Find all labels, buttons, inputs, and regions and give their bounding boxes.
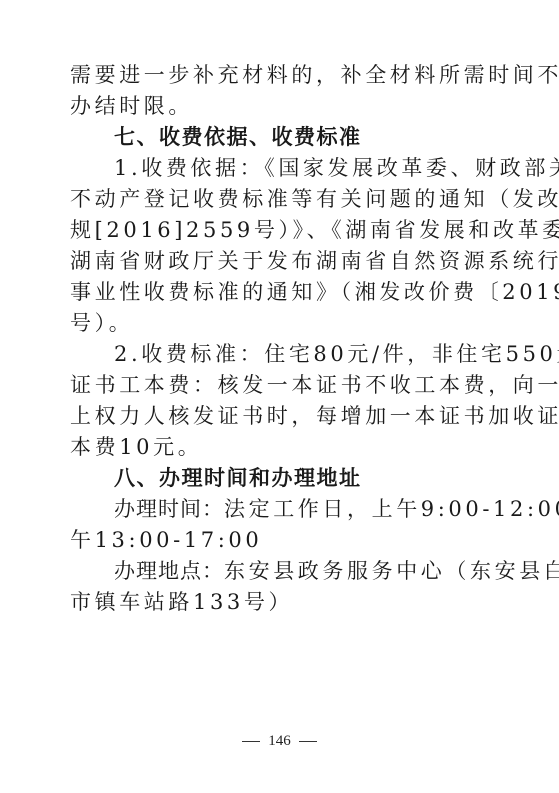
dash-left: [242, 741, 260, 742]
hours-value: 法定工作日，上午9:00-12:00，下: [224, 497, 559, 521]
page-footer: 146: [0, 733, 559, 750]
dash-right: [299, 741, 317, 742]
paragraph-line: 办结时限。: [70, 91, 502, 122]
paragraph-line: 需要进一步补充材料的，补全材料所需时间不计入: [70, 60, 502, 91]
page-number: 146: [268, 733, 291, 749]
paragraph-line: 号）。: [70, 308, 502, 339]
paragraph-line: 证书工本费：核发一本证书不收工本费，向一个以: [70, 370, 502, 401]
paragraph-line: 午13:00-17:00: [70, 525, 502, 556]
location-label: 办理地点：: [114, 559, 224, 583]
paragraph-line: 湖南省财政厅关于发布湖南省自然资源系统行政: [70, 246, 502, 277]
document-body: 需要进一步补充材料的，补全材料所需时间不计入 办结时限。 七、收费依据、收费标准…: [70, 60, 502, 618]
paragraph-line: 2.收费标准：住宅80元/件，非住宅550元/件。: [70, 339, 502, 370]
section-heading-fees: 七、收费依据、收费标准: [70, 122, 502, 153]
hours-label: 办理时间：: [114, 497, 224, 521]
location-value: 东安县政务服务中心（东安县白牙: [224, 559, 559, 583]
paragraph-line: 事业性收费标准的通知》（湘发改价费〔2019〕597: [70, 277, 502, 308]
paragraph-line: 不动产登记收费标准等有关问题的通知（发改价格: [70, 184, 502, 215]
paragraph-line: 上权力人核发证书时，每增加一本证书加收证书工: [70, 401, 502, 432]
paragraph-line: 1.收费依据：《国家发展改革委、财政部关于: [70, 153, 502, 184]
paragraph-line: 规[2016]2559号）》、《湖南省发展和改革委员会、: [70, 215, 502, 246]
location-line: 办理地点：东安县政务服务中心（东安县白牙: [70, 556, 502, 587]
paragraph-line: 市镇车站路133号）: [70, 587, 502, 618]
document-page: 需要进一步补充材料的，补全材料所需时间不计入 办结时限。 七、收费依据、收费标准…: [0, 0, 559, 793]
paragraph-line: 本费10元。: [70, 432, 502, 463]
section-heading-hours-address: 八、办理时间和办理地址: [70, 463, 502, 494]
hours-line: 办理时间：法定工作日，上午9:00-12:00，下: [70, 494, 502, 525]
